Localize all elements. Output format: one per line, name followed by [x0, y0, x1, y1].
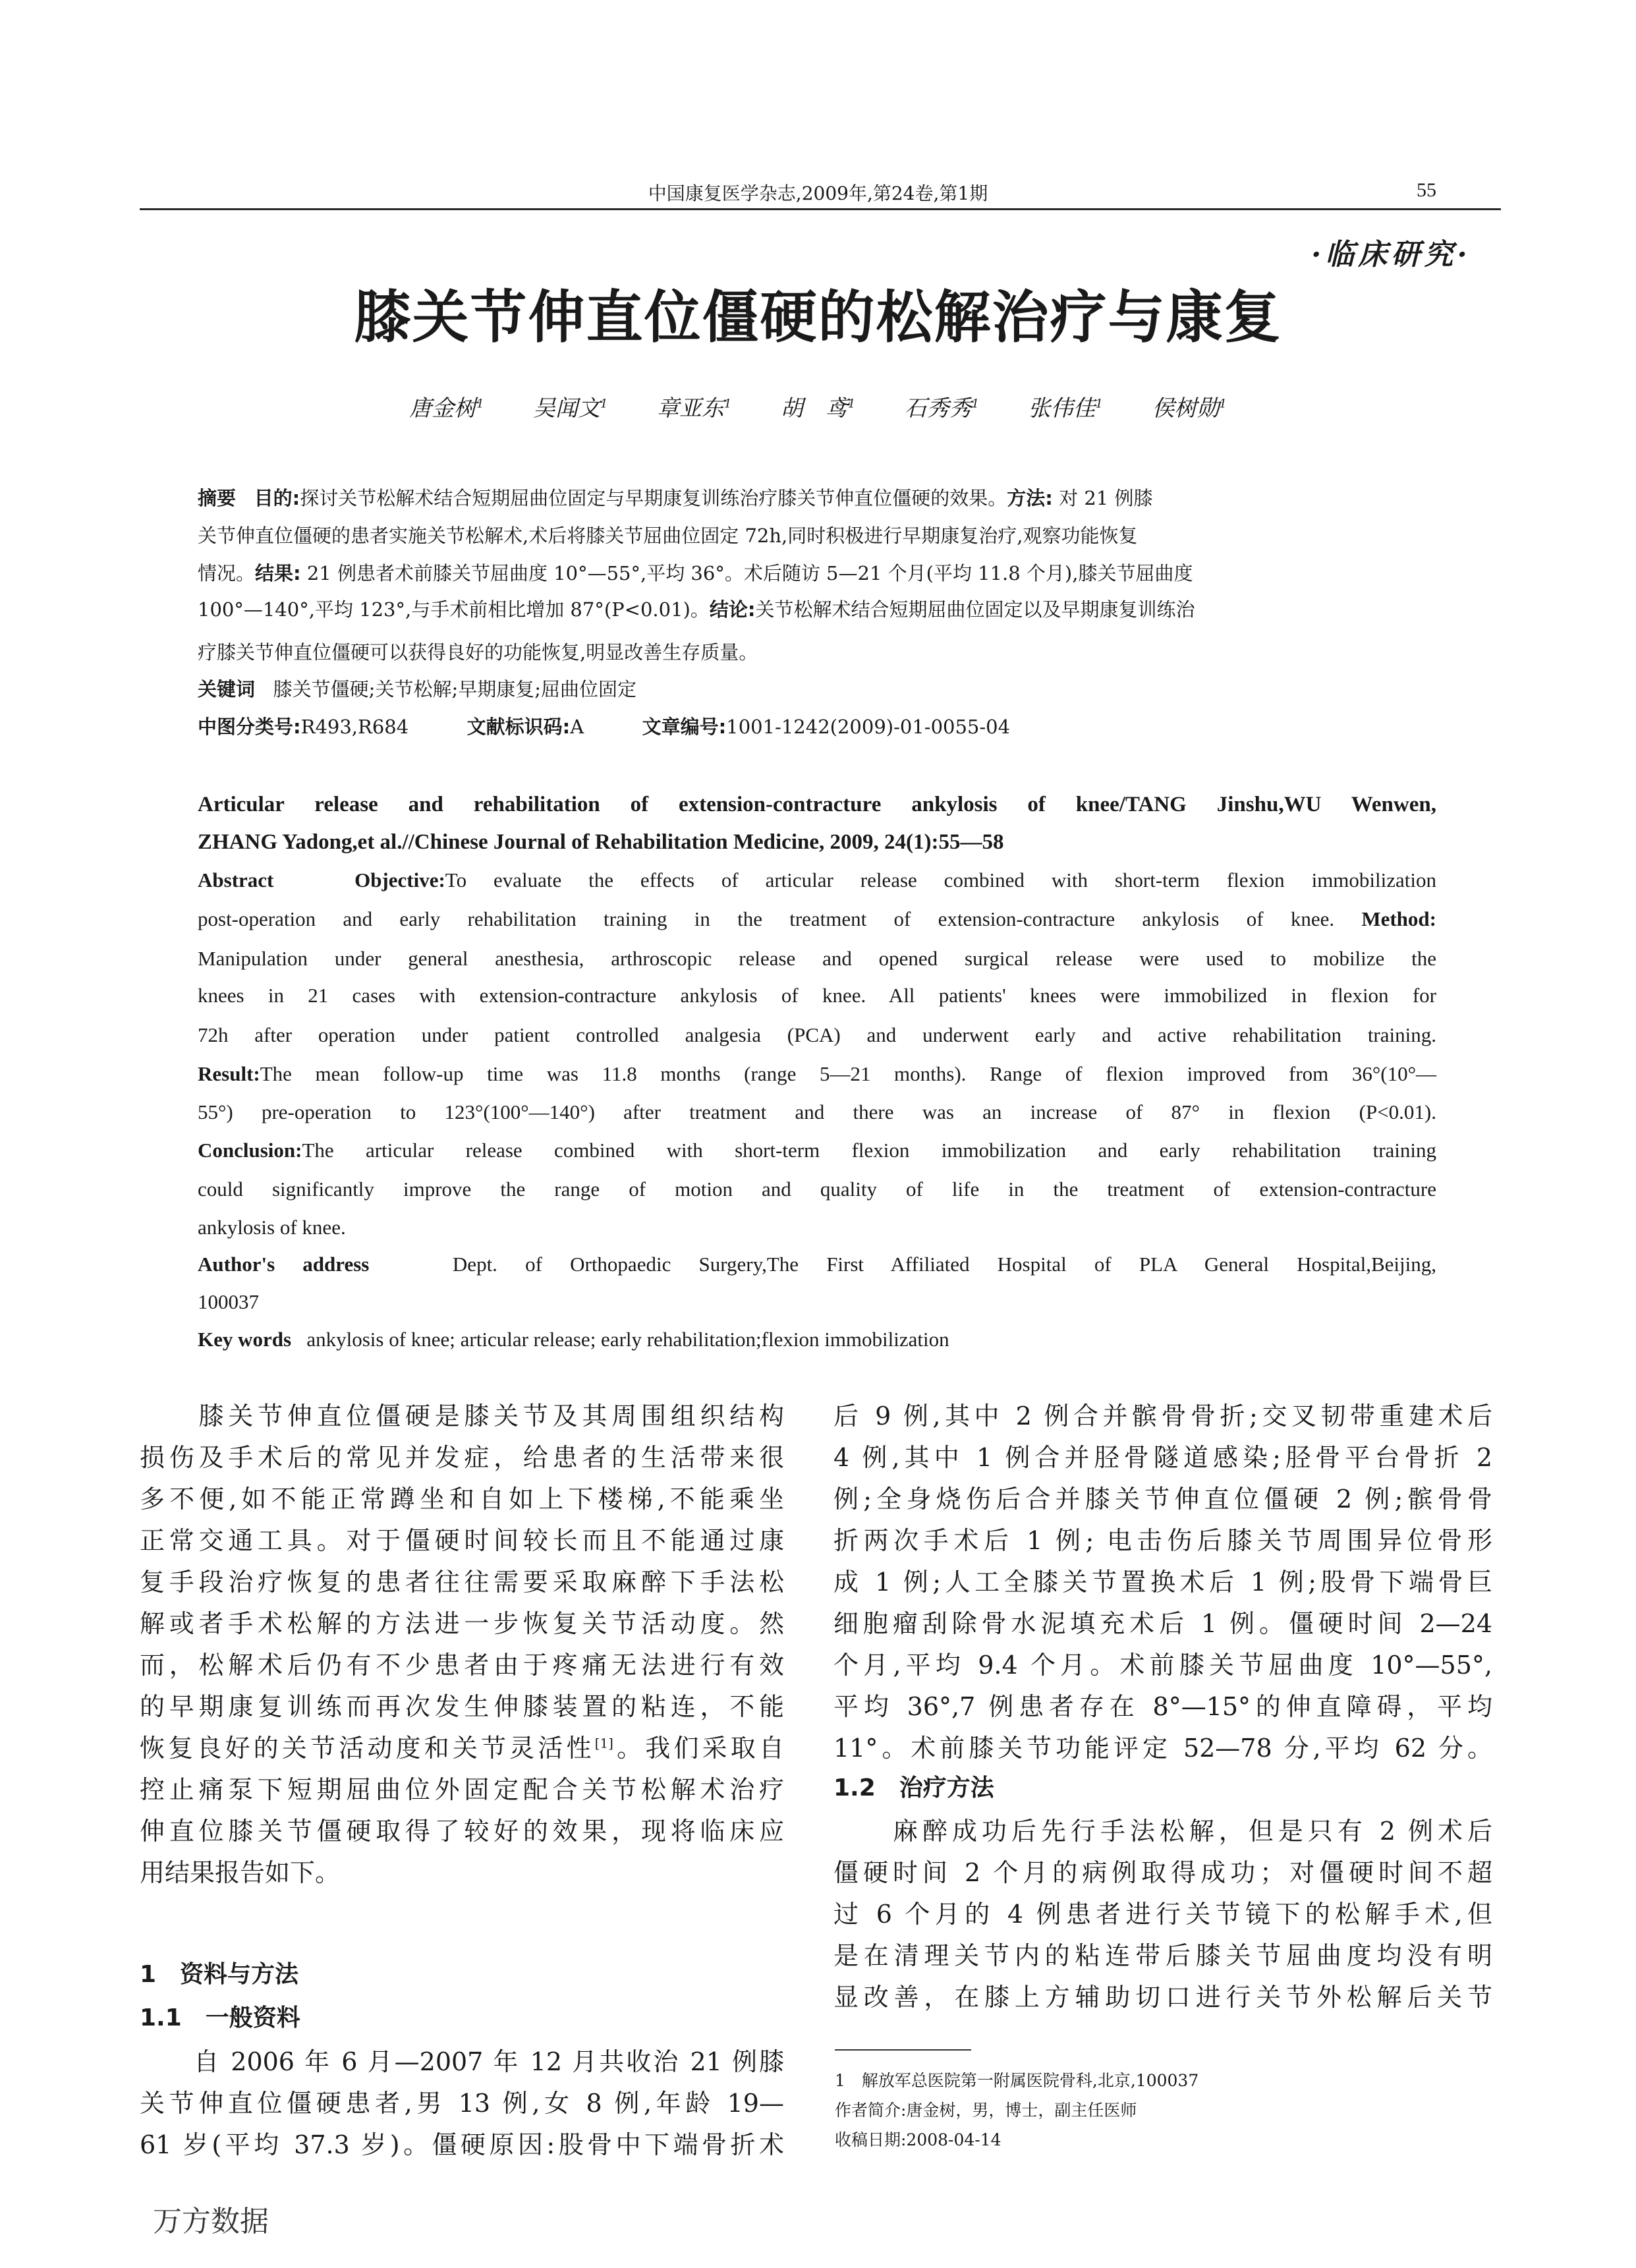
body-line: 用结果报告如下。: [140, 1852, 340, 1888]
en-abstract-line: Abstract Objective:To evaluate the effec…: [198, 868, 1436, 892]
abstract-cn-line: 关节伸直位僵硬的患者实施关节松解术,术后将膝关节屈曲位固定 72h,同时积极进行…: [198, 521, 1137, 548]
author-address-postcode: 100037: [198, 1290, 1436, 1314]
author: 章亚东1: [657, 395, 731, 422]
en-abstract-line: 72h after operation under patient contro…: [198, 1023, 1436, 1047]
header-rule: [140, 208, 1501, 210]
classification-line: 中图分类号:R493,R684 文献标识码:A 文章编号:1001-1242(2…: [198, 712, 1010, 739]
body-line: 控止痛泵下短期屈曲位外固定配合关节松解术治疗: [140, 1769, 784, 1805]
body-line: 恢复良好的关节活动度和关节灵活性[1]。我们采取自: [140, 1728, 784, 1764]
body-line: 多不便,如不能正常蹲坐和自如上下楼梯,不能乘坐: [140, 1479, 784, 1515]
en-abstract-line: Manipulation under general anesthesia, a…: [198, 947, 1436, 971]
abstract-cn-line: 疗膝关节伸直位僵硬可以获得良好的功能恢复,明显改善生存质量。: [198, 638, 758, 665]
author-list: 唐金树1 吴闻文1 章亚东1 胡 鸢1 石秀秀1 张伟佳1 侯树勋1: [0, 390, 1636, 422]
author: 侯树勋1: [1152, 395, 1226, 422]
body-line: 解或者手术松解的方法进一步恢复关节活动度。然: [140, 1603, 784, 1639]
body-line: 麻醉成功后先行手法松解，但是只有 2 例术后: [833, 1811, 1492, 1847]
author: 吴闻文1: [533, 395, 607, 422]
footnote-received-date: 收稿日期:2008-04-14: [835, 2127, 1001, 2151]
body-line: 例;全身烧伤后合并膝关节伸直位僵硬 2 例;髌骨骨: [833, 1479, 1492, 1515]
body-line: 细胞瘤刮除骨水泥填充术后 1 例。僵硬时间 2—24: [833, 1603, 1492, 1639]
body-line: 成 1 例;人工全膝关节置换术后 1 例;股骨下端骨巨: [833, 1562, 1492, 1598]
subsection-heading: 1.2 治疗方法: [833, 1769, 994, 1803]
en-abstract-line: ankylosis of knee.: [198, 1216, 1436, 1239]
body-line: 4 例,其中 1 例合并胫骨隧道感染;胫骨平台骨折 2: [833, 1437, 1492, 1473]
page-number: 55: [1417, 179, 1436, 202]
en-abstract-line: Conclusion:The articular release combine…: [198, 1139, 1436, 1162]
body-line: 61 岁(平均 37.3 岁)。僵硬原因:股骨中下端骨折术: [140, 2124, 784, 2161]
column-tag: ·临床研究·: [1311, 231, 1471, 273]
subsection-heading: 1.1 一般资料: [140, 1999, 300, 2033]
en-abstract-line: could significantly improve the range of…: [198, 1177, 1436, 1201]
author-address: Author's address Dept. of Orthopaedic Su…: [198, 1253, 1436, 1276]
en-abstract-line: 55°) pre-operation to 123°(100°—140°) af…: [198, 1100, 1436, 1124]
body-line: 平均 36°,7 例患者存在 8°—15°的伸直障碍，平均: [833, 1686, 1492, 1722]
body-line: 是在清理关节内的粘连带后膝关节屈曲度均没有明: [833, 1935, 1492, 1971]
body-line: 损伤及手术后的常见并发症，给患者的生活带来很: [140, 1437, 784, 1473]
footnote-author-bio: 作者简介:唐金树，男，博士，副主任医师: [835, 2097, 1137, 2121]
body-line: 而，松解术后仍有不少患者由于疼痛无法进行有效: [140, 1645, 784, 1681]
body-line: 自 2006 年 6 月—2007 年 12 月共收治 21 例膝: [140, 2041, 784, 2078]
body-line: 过 6 个月的 4 例患者进行关节镜下的松解手术,但: [833, 1894, 1492, 1930]
abstract-cn-line: 摘要 目的:探讨关节松解术结合短期屈曲位固定与早期康复训练治疗膝关节伸直位僵硬的…: [198, 484, 1152, 511]
article-title: 膝关节伸直位僵硬的松解治疗与康复: [0, 271, 1636, 353]
body-line: 后 9 例,其中 2 例合并髌骨骨折;交叉韧带重建术后: [833, 1396, 1492, 1432]
en-title-line: Articular release and rehabilitation of …: [198, 793, 1436, 817]
citation-ref[interactable]: [1]: [595, 1735, 613, 1751]
author: 石秀秀1: [905, 395, 979, 422]
body-line: 伸直位膝关节僵硬取得了较好的效果，现将临床应: [140, 1811, 784, 1847]
body-line: 复手段治疗恢复的患者往往需要采取麻醉下手法松: [140, 1562, 784, 1598]
abstract-cn-line: 情况。结果: 21 例患者术前膝关节屈曲度 10°—55°,平均 36°。术后随…: [198, 559, 1193, 586]
en-abstract-line: knees in 21 cases with extension-contrac…: [198, 984, 1436, 1007]
body-line: 显改善，在膝上方辅助切口进行关节外松解后关节: [833, 1977, 1492, 2013]
author: 唐金树1: [409, 395, 484, 422]
body-line: 的早期康复训练而再次发生伸膝装置的粘连，不能: [140, 1686, 784, 1722]
footnote-rule: [835, 2049, 971, 2051]
body-line: 11°。术前膝关节功能评定 52—78 分,平均 62 分。: [833, 1728, 1492, 1764]
en-abstract-line: Result:The mean follow-up time was 11.8 …: [198, 1062, 1436, 1086]
author: 胡 鸢1: [781, 395, 855, 422]
body-line: 膝关节伸直位僵硬是膝关节及其周围组织结构: [140, 1396, 784, 1432]
en-abstract-line: post-operation and early rehabilitation …: [198, 907, 1436, 931]
keywords-cn: 关键词 膝关节僵硬;关节松解;早期康复;屈曲位固定: [198, 675, 636, 702]
running-head: 中国康复医学杂志,2009年,第24卷,第1期: [0, 179, 1636, 206]
abstract-cn-line: 100°—140°,平均 123°,与手术前相比增加 87°(P<0.01)。结…: [198, 595, 1195, 622]
section-heading: 1 资料与方法: [140, 1956, 298, 1989]
body-line: 关节伸直位僵硬患者,男 13 例,女 8 例,年龄 19—: [140, 2083, 784, 2119]
footnote-affiliation: 1 解放军总医院第一附属医院骨科,北京,100037: [835, 2068, 1199, 2091]
body-line: 僵硬时间 2 个月的病例取得成功；对僵硬时间不超: [833, 1852, 1492, 1888]
body-line: 折两次手术后 1 例; 电击伤后膝关节周围异位骨形: [833, 1520, 1492, 1556]
body-line: 正常交通工具。对于僵硬时间较长而且不能通过康: [140, 1520, 784, 1556]
en-title-line: ZHANG Yadong,et al.//Chinese Journal of …: [198, 830, 1436, 855]
watermark-logo: 万方数据: [153, 2197, 269, 2240]
author: 张伟佳1: [1029, 395, 1103, 422]
keywords-en: Key words ankylosis of knee; articular r…: [198, 1328, 1436, 1351]
body-line: 个月,平均 9.4 个月。术前膝关节屈曲度 10°—55°,: [833, 1645, 1492, 1681]
